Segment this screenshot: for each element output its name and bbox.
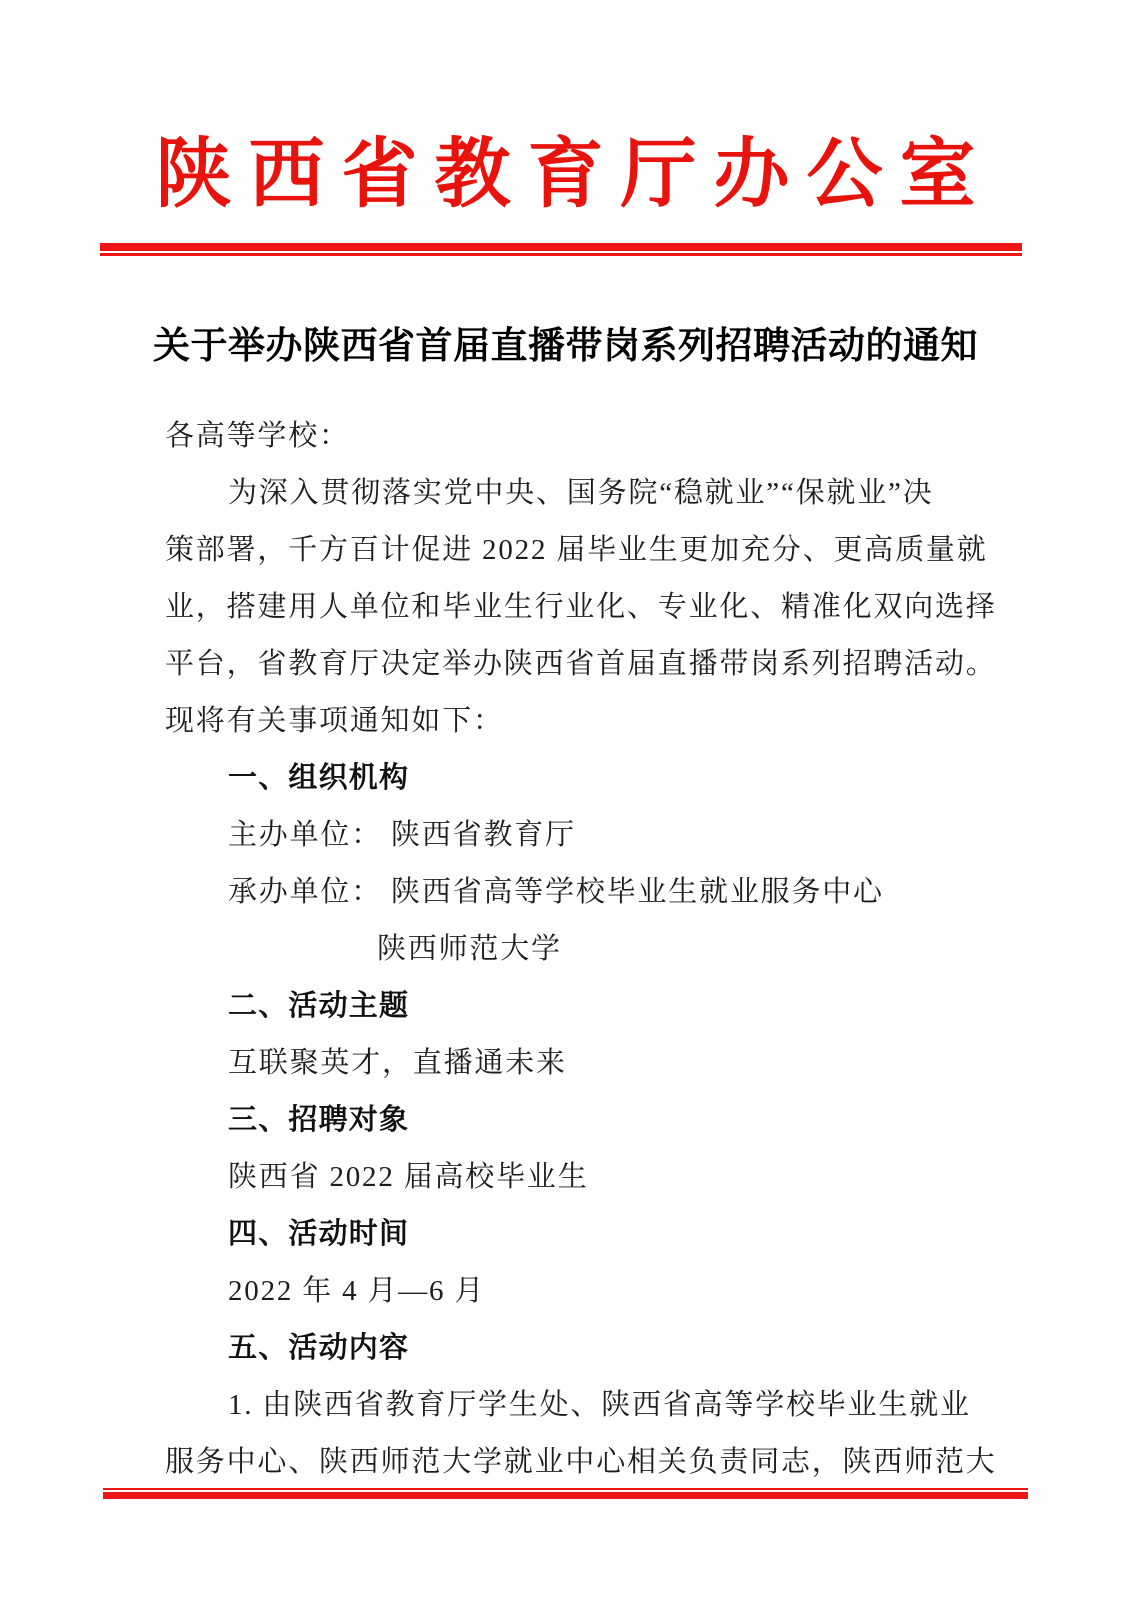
theme-line: 互联聚英才，直播通未来: [165, 1035, 1025, 1092]
para1-line1: 为深入贯彻落实党中央、国务院“稳就业”“保就业”决: [165, 465, 1025, 522]
section2-heading: 二、活动主题: [165, 978, 1025, 1035]
content-line1: 1. 由陕西省教育厅学生处、陕西省高等学校毕业生就业: [165, 1377, 1025, 1434]
para1-line3: 业，搭建用人单位和毕业生行业化、专业化、精准化双向选择: [165, 579, 1025, 636]
time-line: 2022 年 4 月—6 月: [165, 1263, 1025, 1320]
salutation-line: 各高等学校：: [165, 408, 1025, 465]
section1-heading: 一、组织机构: [165, 750, 1025, 807]
footer-rule-thin: [103, 1488, 1028, 1490]
para1-line2: 策部署，千方百计促进 2022 届毕业生更加充分、更高质量就: [165, 522, 1025, 579]
para1-line5: 现将有关事项通知如下：: [165, 693, 1025, 750]
document-body: 各高等学校： 为深入贯彻落实党中央、国务院“稳就业”“保就业”决 策部署，千方百…: [165, 408, 1025, 1491]
footer-rule-thick: [103, 1492, 1028, 1499]
document-page: 陕西省教育厅办公室 关于举办陕西省首届直播带岗系列招聘活动的通知 各高等学校： …: [0, 0, 1131, 1600]
footer-double-rule: [103, 1488, 1028, 1499]
organizer-unit-line2: 陕西师范大学: [165, 921, 1025, 978]
section4-heading: 四、活动时间: [165, 1206, 1025, 1263]
para1-line4: 平台，省教育厅决定举办陕西省首届直播带岗系列招聘活动。: [165, 636, 1025, 693]
organizer-unit-line: 承办单位： 陕西省高等学校毕业生就业服务中心: [165, 864, 1025, 921]
document-title: 关于举办陕西省首届直播带岗系列招聘活动的通知: [0, 318, 1131, 376]
target-line: 陕西省 2022 届高校毕业生: [165, 1149, 1025, 1206]
letterhead-org-name: 陕西省教育厅办公室: [0, 125, 1131, 225]
host-unit-line: 主办单位： 陕西省教育厅: [165, 807, 1025, 864]
letterhead-rule-thin: [100, 253, 1022, 256]
letterhead-rule-thick: [100, 243, 1022, 251]
section3-heading: 三、招聘对象: [165, 1092, 1025, 1149]
letterhead-double-rule: [100, 243, 1022, 256]
section5-heading: 五、活动内容: [165, 1320, 1025, 1377]
content-line2: 服务中心、陕西师范大学就业中心相关负责同志，陕西师范大: [165, 1434, 1025, 1491]
